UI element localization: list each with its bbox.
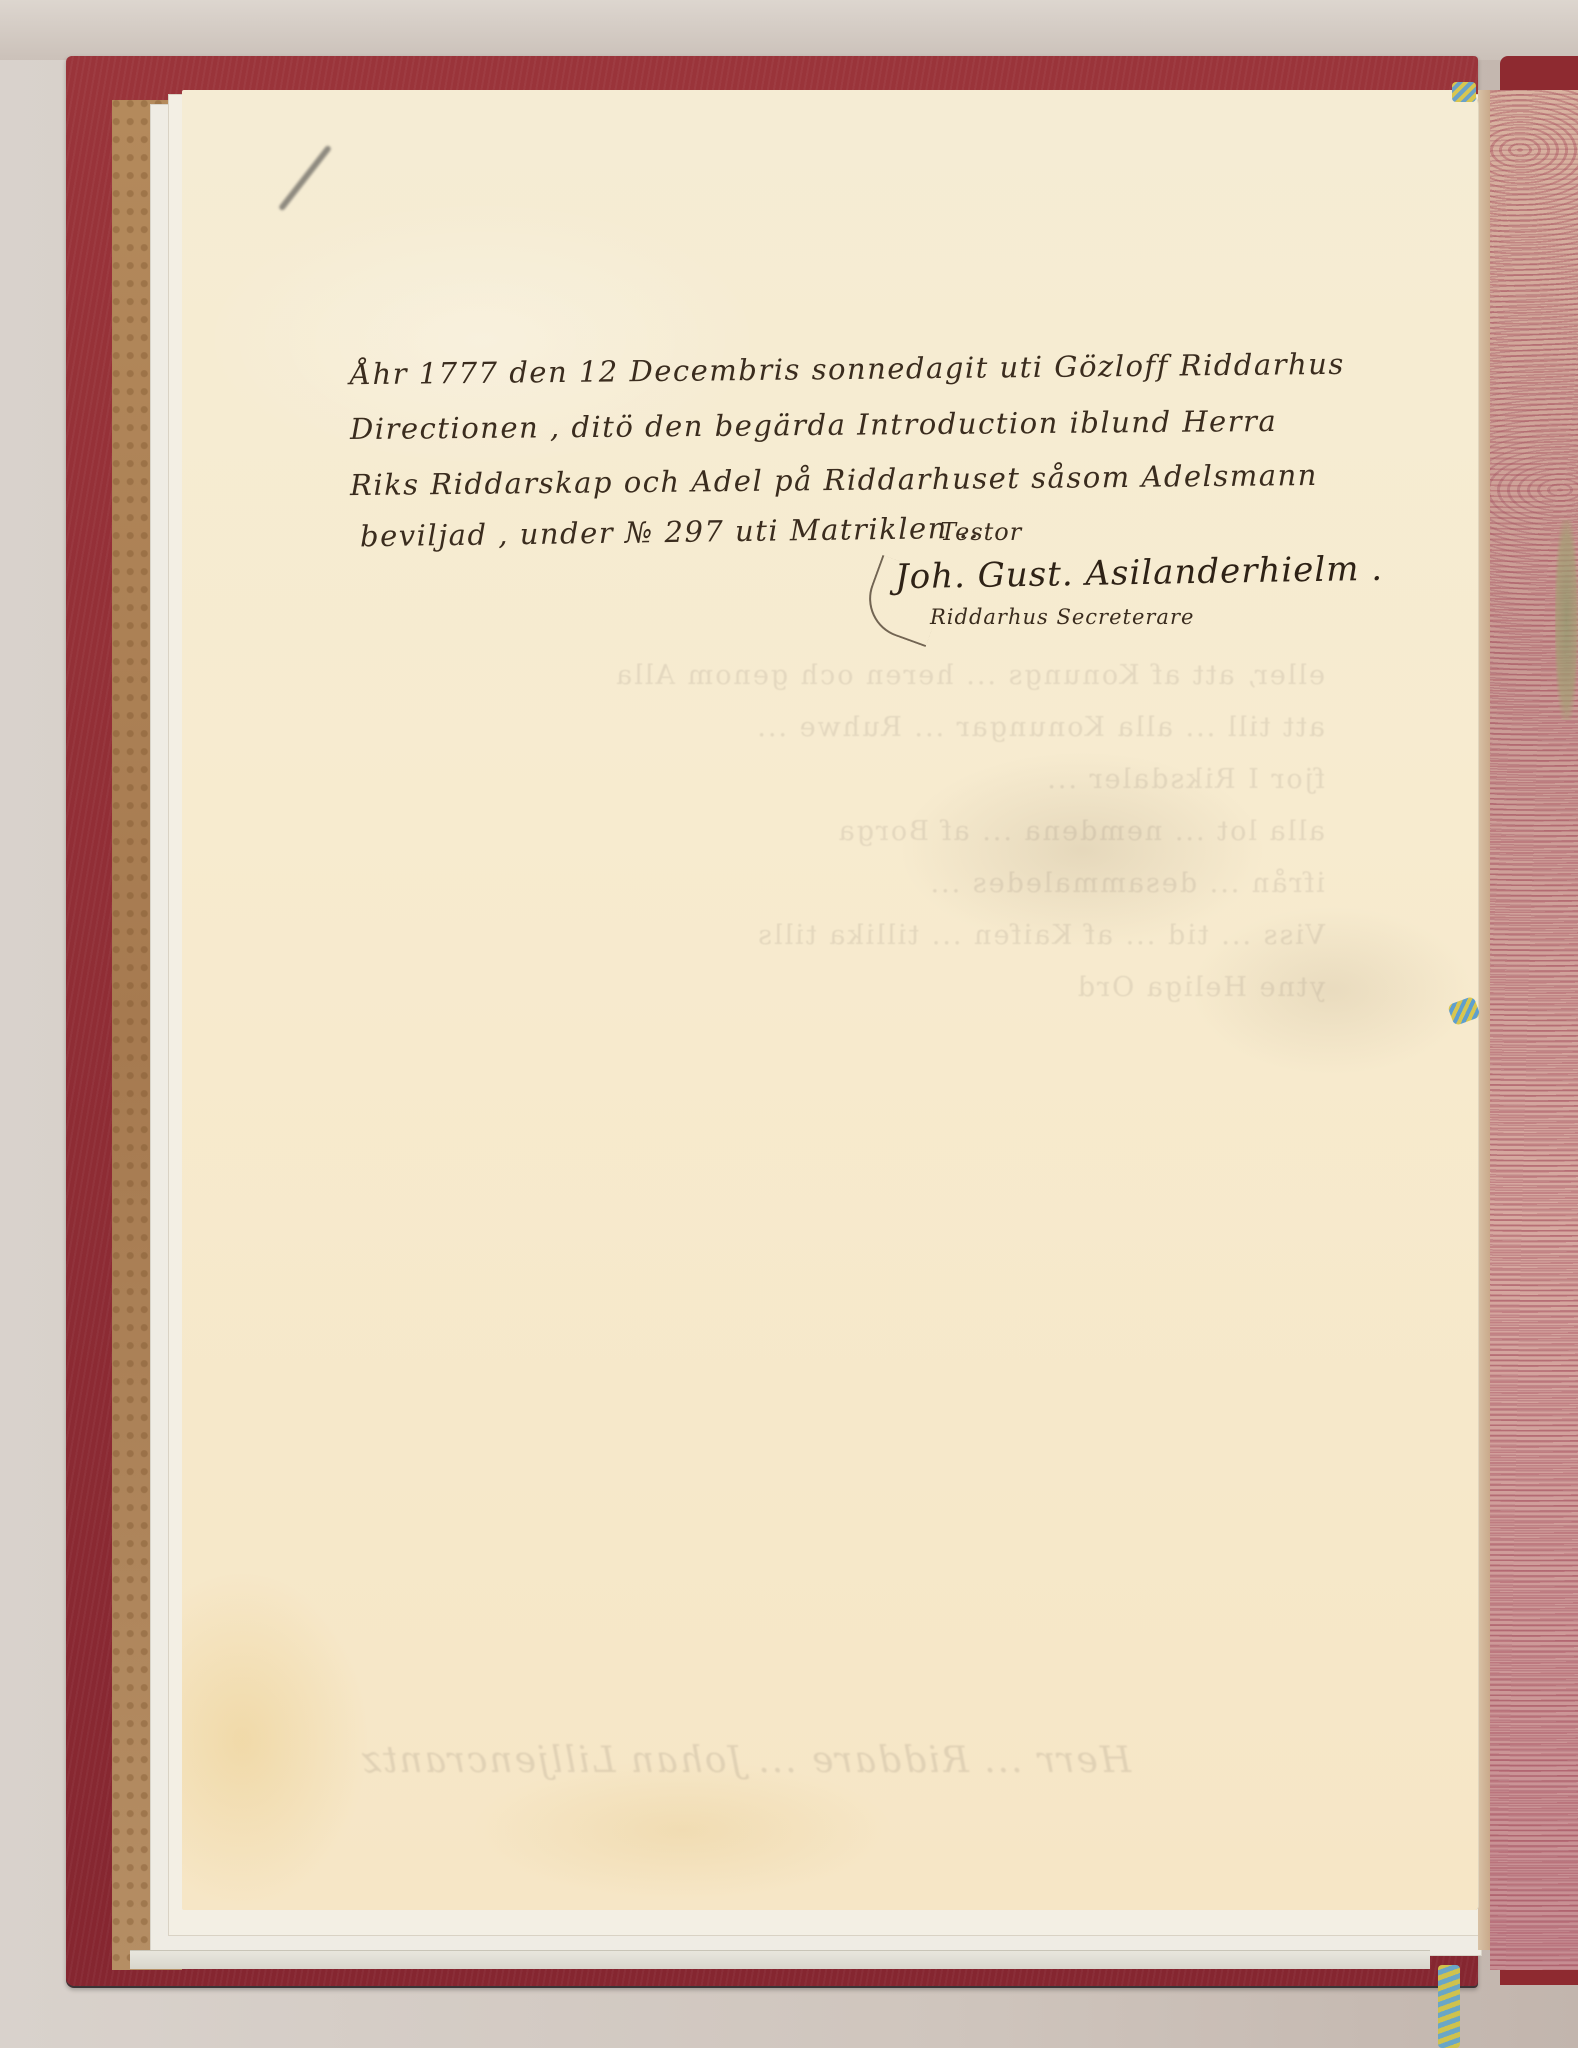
bleed-through-line: alla lot ... nemdena ... af Borga [345, 816, 1325, 847]
marbled-endpaper-right [1490, 90, 1578, 1970]
bleed-through-line: att till ... alla Konungar ... Ruhwe ... [345, 712, 1325, 743]
spine-gutter [1478, 90, 1490, 1950]
bleed-through-line: ifrån ... desammaledes ... [345, 868, 1325, 899]
marbled-endpaper-green-stain [1555, 520, 1578, 720]
signature: Joh. Gust. Asilanderhielm . [895, 549, 1384, 598]
attestation-label: Testor [940, 518, 1022, 546]
bleed-through-line: eller, att af Konungs ... heren och geno… [345, 660, 1325, 691]
bleed-through-bottom-line: Herr ... Riddare ... Johan Lilljencrantz [360, 1740, 1131, 1781]
flyleaf-bottom-edge [130, 1950, 1430, 1969]
bleed-through-line: Viss ... tid ... af Kaifen ... tillika t… [345, 920, 1325, 951]
ribbon-bookmark-top[interactable] [1452, 82, 1476, 102]
bleed-through-line: fjor I Riksdaler ... [345, 764, 1325, 795]
scanner-background [0, 0, 1578, 60]
signatory-title: Riddarhus Secreterare [930, 605, 1194, 629]
ribbon-bookmark-tail[interactable] [1438, 1965, 1460, 2048]
bleed-through-line: ytne Heliga Ord [345, 972, 1325, 1003]
